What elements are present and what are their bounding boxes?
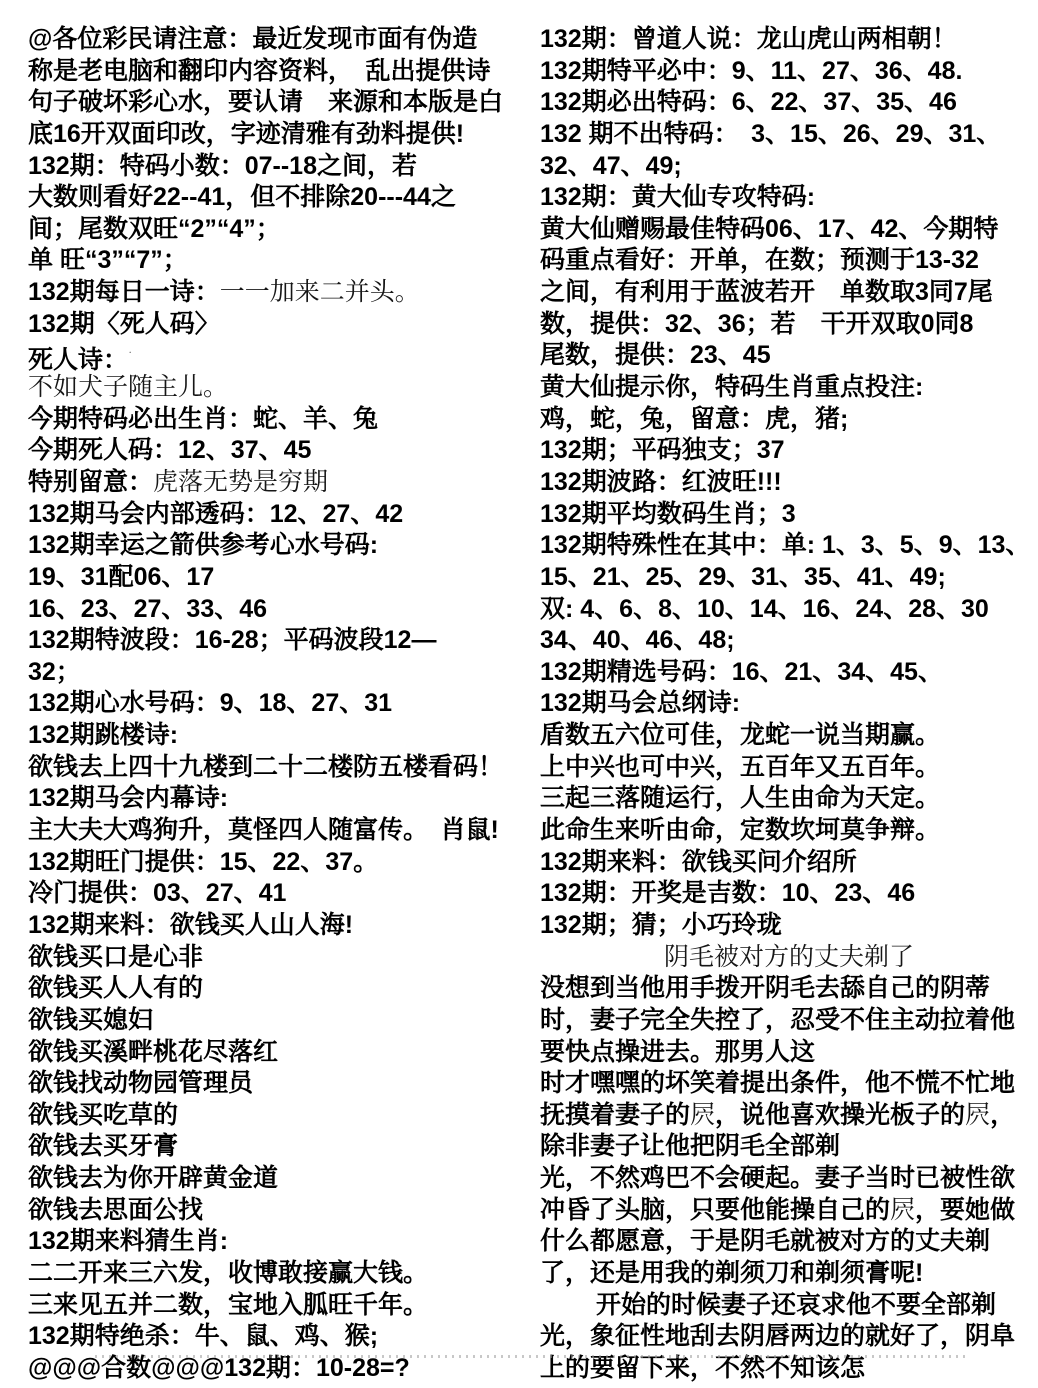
- text-line: 132期幸运之箭供参考心水号码:: [28, 530, 528, 562]
- text-line: 二二开来三六发，收博敢接赢大钱。: [28, 1258, 528, 1290]
- text-segment: 34、40、46、48;: [540, 626, 735, 654]
- text-line: 32；: [28, 657, 528, 689]
- text-line: 欲钱买吃草的: [28, 1100, 528, 1132]
- text-line: 132期马会内部透码：12、27、42: [28, 499, 528, 531]
- text-segment: 欲钱去上四十九楼到二十二楼防五楼看码！: [28, 753, 503, 781]
- text-segment: 抚摸着妻子的: [540, 1101, 690, 1129]
- text-segment: 间；尾数双旺“2”“4”；: [28, 215, 281, 243]
- text-line: 数，提供：32、36；若 干开双取0同8: [540, 309, 1038, 341]
- text-line: 132期：黄大仙专攻特码:: [540, 182, 1038, 214]
- text-segment: 132期马会内幕诗:: [28, 784, 228, 812]
- scan-artifact-line: [95, 1355, 970, 1358]
- text-line: 132期必出特码：6、22、37、35、46: [540, 87, 1038, 119]
- left-column: @各位彩民请注意：最近发现市面有伪造称是老电脑和翻印内容资料， 乱出提供诗句子破…: [28, 24, 528, 1385]
- text-line: 间；尾数双旺“2”“4”；: [28, 214, 528, 246]
- text-line: 欲钱买人人有的: [28, 973, 528, 1005]
- text-segment: 了，还是用我的剃须刀和剃须膏呢!: [540, 1259, 923, 1287]
- text-segment: 屄: [890, 1197, 915, 1224]
- text-line: 32、47、49;: [540, 151, 1038, 183]
- text-segment: 32、47、49;: [540, 152, 682, 180]
- text-line: 132期：开奖是吉数：10、23、46: [540, 878, 1038, 910]
- text-line: 此命生来听由命，定数坎坷莫争辩。: [540, 815, 1038, 847]
- text-segment: 欲钱买溪畔桃花尽落红: [28, 1038, 278, 1066]
- text-line: 冲昏了头脑，只要他能操自己的屄，要她做: [540, 1195, 1038, 1227]
- text-segment: 单 旺“3”“7”；: [28, 246, 188, 274]
- text-line: 时才嘿嘿的坏笑着提出条件，他不慌不忙地: [540, 1068, 1038, 1100]
- text-segment: 19、31配06、17: [28, 563, 214, 591]
- text-line: 132期；猜；小巧玲珑: [540, 910, 1038, 942]
- text-segment: 132期特绝杀：牛、鼠、鸡、猴;: [28, 1322, 378, 1350]
- text-segment: 132 期不出特码： 3、15、26、29、31、: [540, 120, 1001, 148]
- text-segment: 盾数五六位可佳，龙蛇一说当期赢。: [540, 721, 940, 749]
- text-segment: 132期马会内部透码：12、27、42: [28, 500, 403, 528]
- text-segment: 屄: [965, 1102, 990, 1129]
- text-segment: @各位彩民请注意：最近发现市面有伪造: [28, 25, 477, 53]
- text-line: 三来见五并二数，宝地入胍旺千年。: [28, 1290, 528, 1322]
- text-segment: 时才嘿嘿的坏笑着提出条件，他不慌不忙地: [540, 1069, 1015, 1097]
- text-line: 132期旺门提供：15、22、37。: [28, 847, 528, 879]
- text-segment: 132期来料猜生肖:: [28, 1227, 228, 1255]
- text-line: 132期心水号码：9、18、27、31: [28, 688, 528, 720]
- text-segment: 欲钱买媳妇: [28, 1006, 153, 1034]
- text-line: 除非妻子让他把阴毛全部剃: [540, 1131, 1038, 1163]
- text-segment: ，说他喜欢操光板子的: [715, 1101, 965, 1129]
- text-line: 132期特波段：16-28；平码波段12—: [28, 625, 528, 657]
- text-segment: 数，提供：32、36；若 干开双取0同8: [540, 310, 973, 338]
- text-segment: 三来见五并二数，宝地入胍旺千年。: [28, 1291, 428, 1319]
- text-line: 132期马会总纲诗:: [540, 688, 1038, 720]
- text-segment: ，要她做: [915, 1196, 1015, 1224]
- text-segment: 句子破坏彩心水，要认请 来源和本版是白: [28, 88, 503, 116]
- text-line: 今期特码必出生肖：蛇、羊、兔: [28, 404, 528, 436]
- text-line: 132期每日一诗：一一加来二并头。: [28, 277, 528, 309]
- text-segment: 欲钱买口是心非: [28, 943, 203, 971]
- text-line: 欲钱去为你开辟黄金道: [28, 1163, 528, 1195]
- text-line: 黄大仙赠赐最佳特码06、17、42、今期特: [540, 214, 1038, 246]
- text-line: 开始的时候妻子还哀求他不要全部剃: [540, 1290, 1038, 1322]
- text-segment: 一一加来二并头。: [220, 279, 420, 306]
- text-segment: 132期每日一诗：: [28, 278, 220, 306]
- text-line: 今期死人码：12、37、45: [28, 435, 528, 467]
- text-segment: 欲钱去为你开辟黄金道: [28, 1164, 278, 1192]
- text-segment: 死人诗：: [28, 346, 128, 374]
- text-line: 132期特绝杀：牛、鼠、鸡、猴;: [28, 1321, 528, 1353]
- text-segment: 称是老电脑和翻印内容资料， 乱出提供诗: [28, 57, 491, 85]
- text-segment: 132期特平必中：9、11、27、36、48.: [540, 57, 962, 85]
- text-segment: 什么都愿意，于是阴毛就被对方的丈夫剃: [540, 1227, 990, 1255]
- right-column: 132期：曾道人说：龙山虎山两相朝！132期特平必中：9、11、27、36、48…: [540, 24, 1038, 1385]
- text-segment: @@@合数@@@132期：10-28=?: [28, 1354, 410, 1382]
- text-line: 欲钱买口是心非: [28, 942, 528, 974]
- text-segment: 之间，有利用于蓝波若开 单数取3同7尾: [540, 278, 993, 306]
- text-segment: 欲钱去买牙膏: [28, 1132, 178, 1160]
- text-line: 欲钱去买牙膏: [28, 1131, 528, 1163]
- text-line: 132 期不出特码： 3、15、26、29、31、: [540, 119, 1038, 151]
- text-line: 欲钱买媳妇: [28, 1005, 528, 1037]
- text-line: 单 旺“3”“7”；: [28, 245, 528, 277]
- text-segment: 132期：黄大仙专攻特码:: [540, 183, 815, 211]
- text-line: 欲钱去上四十九楼到二十二楼防五楼看码！: [28, 752, 528, 784]
- text-segment: 132期波路：红波旺!!!: [540, 468, 782, 496]
- text-line: 了，还是用我的剃须刀和剃须膏呢!: [540, 1258, 1038, 1290]
- text-segment: 没想到当他用手拨开阴毛去舔自己的阴蒂: [540, 974, 990, 1002]
- text-line: 双: 4、6、8、10、14、16、24、28、30: [540, 594, 1038, 626]
- text-line: 132期来料：欲钱买问介绍所: [540, 847, 1038, 879]
- text-line: 光，不然鸡巴不会硬起。妻子当时已被性欲: [540, 1163, 1038, 1195]
- text-segment: 光，象征性地刮去阴唇两边的就好了，阴阜: [540, 1322, 1015, 1350]
- text-line: 什么都愿意，于是阴毛就被对方的丈夫剃: [540, 1226, 1038, 1258]
- text-line: 底16开双面印改，字迹清雅有劲料提供!: [28, 119, 528, 151]
- text-segment: 欲钱找动物园管理员: [28, 1069, 253, 1097]
- text-line: 132期马会内幕诗:: [28, 783, 528, 815]
- text-segment: 主大夫大鸡狗升，莫怪四人随富传。 肖鼠!: [28, 816, 499, 844]
- text-line: 之间，有利用于蓝波若开 单数取3同7尾: [540, 277, 1038, 309]
- text-segment: 双: 4、6、8、10、14、16、24、28、30: [540, 595, 989, 623]
- text-line: 132期：特码小数：07--18之间，若: [28, 151, 528, 183]
- text-line: 大数则看好22--41，但不排除20---44之: [28, 182, 528, 214]
- text-line: @各位彩民请注意：最近发现市面有伪造: [28, 24, 528, 56]
- text-segment: 132期〈死人码〉: [28, 310, 220, 338]
- text-segment: 132期马会总纲诗:: [540, 689, 740, 717]
- text-segment: 黄大仙赠赐最佳特码06、17、42、今期特: [540, 215, 998, 243]
- text-segment: 此命生来听由命，定数坎坷莫争辩。: [540, 816, 940, 844]
- text-segment: 32；: [28, 658, 81, 686]
- text-line: 34、40、46、48;: [540, 625, 1038, 657]
- text-line: 抚摸着妻子的屄，说他喜欢操光板子的屄，: [540, 1100, 1038, 1132]
- text-segment: 时，妻子完全失控了，忍受不住主动拉着他: [540, 1006, 1015, 1034]
- text-segment: 光，不然鸡巴不会硬起。妻子当时已被性欲: [540, 1164, 1015, 1192]
- text-segment: 132期：曾道人说：龙山虎山两相朝！: [540, 25, 957, 53]
- text-segment: 132期特殊性在其中：单: 1、3、5、9、13、: [540, 531, 1030, 559]
- text-line: 132期特殊性在其中：单: 1、3、5、9、13、: [540, 530, 1038, 562]
- text-segment: 132期平均数码生肖；3: [540, 500, 796, 528]
- scanned-lottery-sheet: @各位彩民请注意：最近发现市面有伪造称是老电脑和翻印内容资料， 乱出提供诗句子破…: [0, 0, 1038, 1388]
- text-line: 死人诗：˙: [28, 340, 528, 372]
- text-segment: 132期；猜；小巧玲珑: [540, 911, 782, 939]
- text-segment: 132期心水号码：9、18、27、31: [28, 689, 392, 717]
- text-line: 19、31配06、17: [28, 562, 528, 594]
- text-line: 欲钱去思面公找: [28, 1195, 528, 1227]
- text-segment: 开始的时候妻子还哀求他不要全部剃: [596, 1291, 996, 1319]
- text-line: 没想到当他用手拨开阴毛去舔自己的阴蒂: [540, 973, 1038, 1005]
- text-segment: 虎落无势是穷期: [153, 469, 328, 496]
- text-line: 132期特平必中：9、11、27、36、48.: [540, 56, 1038, 88]
- text-line: 132期平均数码生肖；3: [540, 499, 1038, 531]
- text-line: 时，妻子完全失控了，忍受不住主动拉着他: [540, 1005, 1038, 1037]
- text-line: 132期精选号码：16、21、34、45、: [540, 657, 1038, 689]
- text-segment: ，: [990, 1101, 1015, 1129]
- text-segment: 屄: [690, 1102, 715, 1129]
- text-segment: 底16开双面印改，字迹清雅有劲料提供!: [28, 120, 464, 148]
- text-segment: 不如犬子随主儿。: [28, 374, 228, 401]
- text-line: 16、23、27、33、46: [28, 594, 528, 626]
- text-segment: 阴毛被对方的丈夫剃了: [664, 944, 914, 971]
- text-line: 鸡，蛇，兔，留意：虎，猪;: [540, 404, 1038, 436]
- text-segment: 欲钱买人人有的: [28, 974, 203, 1002]
- text-segment: 132期来料：欲钱买人山人海!: [28, 911, 353, 939]
- text-segment: 132期；平码独支；37: [540, 436, 785, 464]
- text-segment: 今期特码必出生肖：蛇、羊、兔: [28, 405, 378, 433]
- text-line: 132期来料：欲钱买人山人海!: [28, 910, 528, 942]
- text-segment: 鸡，蛇，兔，留意：虎，猪;: [540, 405, 848, 433]
- text-segment: 132期旺门提供：15、22、37。: [28, 848, 378, 876]
- text-segment: 132期跳楼诗:: [28, 721, 178, 749]
- text-line: 上中兴也可中兴，五百年又五百年。: [540, 752, 1038, 784]
- text-segment: 132期：特码小数：07--18之间，若: [28, 152, 417, 180]
- text-segment: 欲钱买吃草的: [28, 1101, 178, 1129]
- text-segment: 16、23、27、33、46: [28, 595, 267, 623]
- text-line: 132期〈死人码〉: [28, 309, 528, 341]
- text-segment: 132期：开奖是吉数：10、23、46: [540, 879, 915, 907]
- text-segment: 要快点操进去。那男人这: [540, 1038, 815, 1066]
- text-line: 132期来料猜生肖:: [28, 1226, 528, 1258]
- text-segment: 黄大仙提示你，特码生肖重点投注:: [540, 373, 923, 401]
- text-line: 码重点看好：开单，在数；预测于13-32: [540, 245, 1038, 277]
- text-line: 三起三落随运行，人生由命为天定。: [540, 783, 1038, 815]
- text-segment: 今期死人码：12、37、45: [28, 436, 311, 464]
- text-line: 15、21、25、29、31、35、41、49;: [540, 562, 1038, 594]
- text-line: 132期；平码独支；37: [540, 435, 1038, 467]
- text-segment: 码重点看好：开单，在数；预测于13-32: [540, 246, 979, 274]
- text-line: 132期波路：红波旺!!!: [540, 467, 1038, 499]
- text-segment: 132期幸运之箭供参考心水号码:: [28, 531, 378, 559]
- text-segment: 特别留意：: [28, 468, 153, 496]
- text-segment: 冷门提供：03、27、41: [28, 879, 286, 907]
- text-line: 132期：曾道人说：龙山虎山两相朝！: [540, 24, 1038, 56]
- text-line: 黄大仙提示你，特码生肖重点投注:: [540, 372, 1038, 404]
- text-line: 阴毛被对方的丈夫剃了: [540, 942, 1038, 974]
- text-line: 光，象征性地刮去阴唇两边的就好了，阴阜: [540, 1321, 1038, 1353]
- text-line: 句子破坏彩心水，要认请 来源和本版是白: [28, 87, 528, 119]
- text-line: 欲钱找动物园管理员: [28, 1068, 528, 1100]
- text-segment: 尾数，提供：23、45: [540, 341, 771, 369]
- text-line: 主大夫大鸡狗升，莫怪四人随富传。 肖鼠!: [28, 815, 528, 847]
- text-line: 冷门提供：03、27、41: [28, 878, 528, 910]
- text-segment: 冲昏了头脑，只要他能操自己的: [540, 1196, 890, 1224]
- text-segment: 上的要留下来，不然不知该怎: [540, 1354, 865, 1382]
- text-segment: 欲钱去思面公找: [28, 1196, 203, 1224]
- text-segment: 132期特波段：16-28；平码波段12—: [28, 626, 436, 654]
- text-segment: 大数则看好22--41，但不排除20---44之: [28, 183, 456, 211]
- text-segment: 15、21、25、29、31、35、41、49;: [540, 563, 946, 591]
- text-line: 尾数，提供：23、45: [540, 340, 1038, 372]
- text-segment: 132期精选号码：16、21、34、45、: [540, 658, 943, 686]
- text-segment: 132期必出特码：6、22、37、35、46: [540, 88, 957, 116]
- text-segment: 132期来料：欲钱买问介绍所: [540, 848, 857, 876]
- text-segment: 上中兴也可中兴，五百年又五百年。: [540, 753, 940, 781]
- text-line: 盾数五六位可佳，龙蛇一说当期赢。: [540, 720, 1038, 752]
- ink-mark: ˙: [128, 348, 132, 363]
- text-line: 特别留意：虎落无势是穷期: [28, 467, 528, 499]
- text-line: 欲钱买溪畔桃花尽落红: [28, 1037, 528, 1069]
- text-segment: 二二开来三六发，收博敢接赢大钱。: [28, 1259, 428, 1287]
- text-line: 要快点操进去。那男人这: [540, 1037, 1038, 1069]
- text-line: 称是老电脑和翻印内容资料， 乱出提供诗: [28, 56, 528, 88]
- text-line: 不如犬子随主儿。: [28, 372, 528, 404]
- text-segment: 除非妻子让他把阴毛全部剃: [540, 1132, 840, 1160]
- text-line: 132期跳楼诗:: [28, 720, 528, 752]
- text-segment: 三起三落随运行，人生由命为天定。: [540, 784, 940, 812]
